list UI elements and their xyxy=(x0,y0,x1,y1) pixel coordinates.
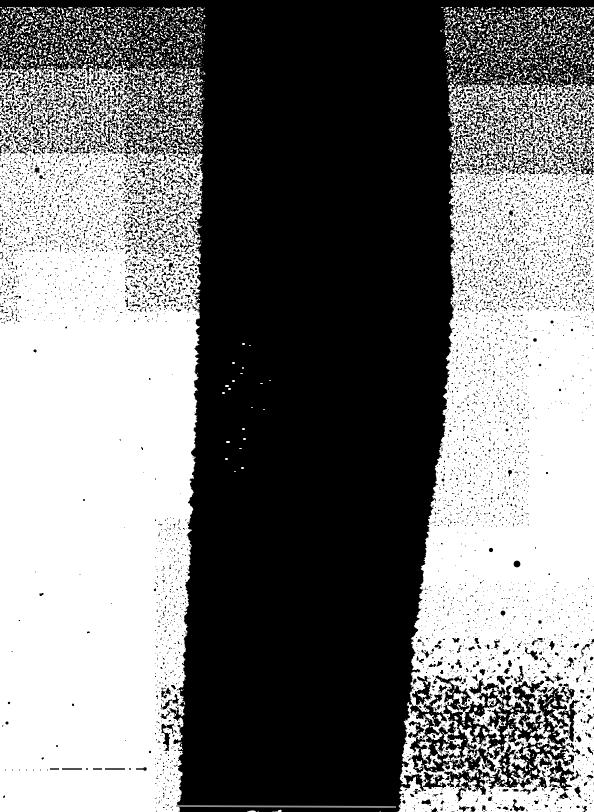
ink-dot xyxy=(469,648,472,651)
white-fleck xyxy=(225,385,229,387)
white-fleck xyxy=(249,345,251,346)
white-fleck xyxy=(263,409,265,410)
ink-dot xyxy=(587,170,590,173)
ink-dot xyxy=(39,175,43,179)
noise-region xyxy=(0,0,594,812)
ink-dot xyxy=(83,499,85,501)
white-fleck xyxy=(240,373,243,374)
white-fleck xyxy=(242,367,244,369)
white-fleck xyxy=(234,471,236,472)
white-fleck xyxy=(222,392,225,394)
ink-dot xyxy=(6,722,9,725)
white-fleck xyxy=(242,343,245,345)
ink-dot xyxy=(546,472,548,474)
white-fleck xyxy=(242,428,245,430)
ink-dot xyxy=(551,321,554,324)
white-fleck xyxy=(225,458,228,460)
ink-dot xyxy=(142,168,144,170)
ink-dot xyxy=(506,429,509,432)
ink-dot xyxy=(571,329,573,331)
ink-dot xyxy=(489,548,493,552)
ink-dot xyxy=(8,702,10,704)
ink-dot xyxy=(154,589,156,591)
film-grain-noise xyxy=(0,0,594,812)
ink-dot xyxy=(35,168,40,173)
ink-dot xyxy=(169,263,173,267)
scanned-page xyxy=(0,0,594,812)
ink-dot xyxy=(559,389,561,391)
ink-dot xyxy=(533,338,537,342)
ink-dot xyxy=(539,364,542,367)
white-fleck xyxy=(239,448,242,449)
white-fleck xyxy=(269,380,271,381)
white-fleck xyxy=(243,438,246,440)
white-fleck xyxy=(228,388,231,390)
white-fleck xyxy=(226,441,230,443)
ink-dot xyxy=(442,479,445,482)
ink-dot xyxy=(508,470,512,474)
ink-dot xyxy=(538,620,541,623)
ink-dot xyxy=(56,745,58,747)
white-fleck xyxy=(241,467,244,469)
white-fleck xyxy=(260,383,263,384)
ink-dot xyxy=(570,710,576,716)
scan-image xyxy=(0,0,594,812)
white-fleck xyxy=(232,380,235,382)
ink-dot xyxy=(509,211,513,215)
ink-dot xyxy=(501,611,506,616)
ink-dot xyxy=(149,751,151,753)
ink-dot xyxy=(514,561,521,568)
ink-dot xyxy=(534,656,538,660)
white-fleck xyxy=(251,407,253,408)
ink-dot xyxy=(124,183,126,185)
white-fleck xyxy=(232,362,235,364)
pen-line xyxy=(176,806,396,807)
